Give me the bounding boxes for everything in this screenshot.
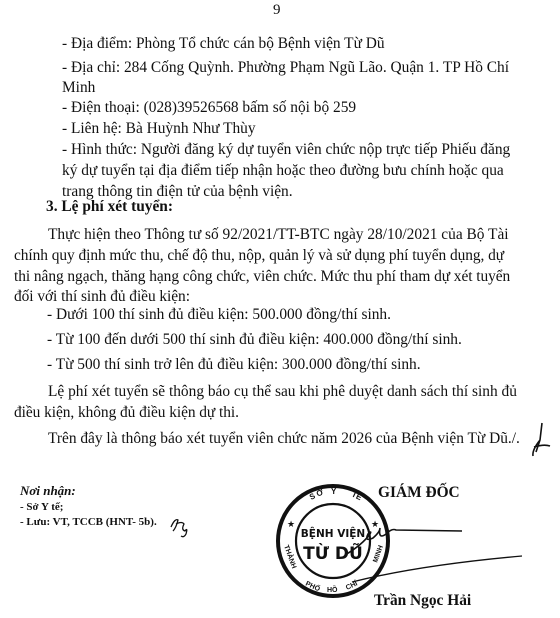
svg-text:Y: Y [331,487,337,496]
svg-text:★: ★ [287,520,295,530]
stamp: S Ở Y TẾ ★ ★ BỆNH VIỆN TỪ DŨ THÀNH PHỐ H… [0,0,560,618]
signer-name: Trần Ngọc Hải [374,592,471,610]
svg-text:HỒ: HỒ [327,584,338,594]
svg-text:TỪ DŨ: TỪ DŨ [303,541,363,564]
signature-stroke [345,528,522,582]
director-title: GIÁM ĐỐC [378,484,460,502]
svg-text:BỆNH VIỆN: BỆNH VIỆN [301,527,365,540]
stamp-seal: S Ở Y TẾ ★ ★ BỆNH VIỆN TỪ DŨ THÀNH PHỐ H… [278,486,388,596]
svg-text:★: ★ [371,520,379,530]
